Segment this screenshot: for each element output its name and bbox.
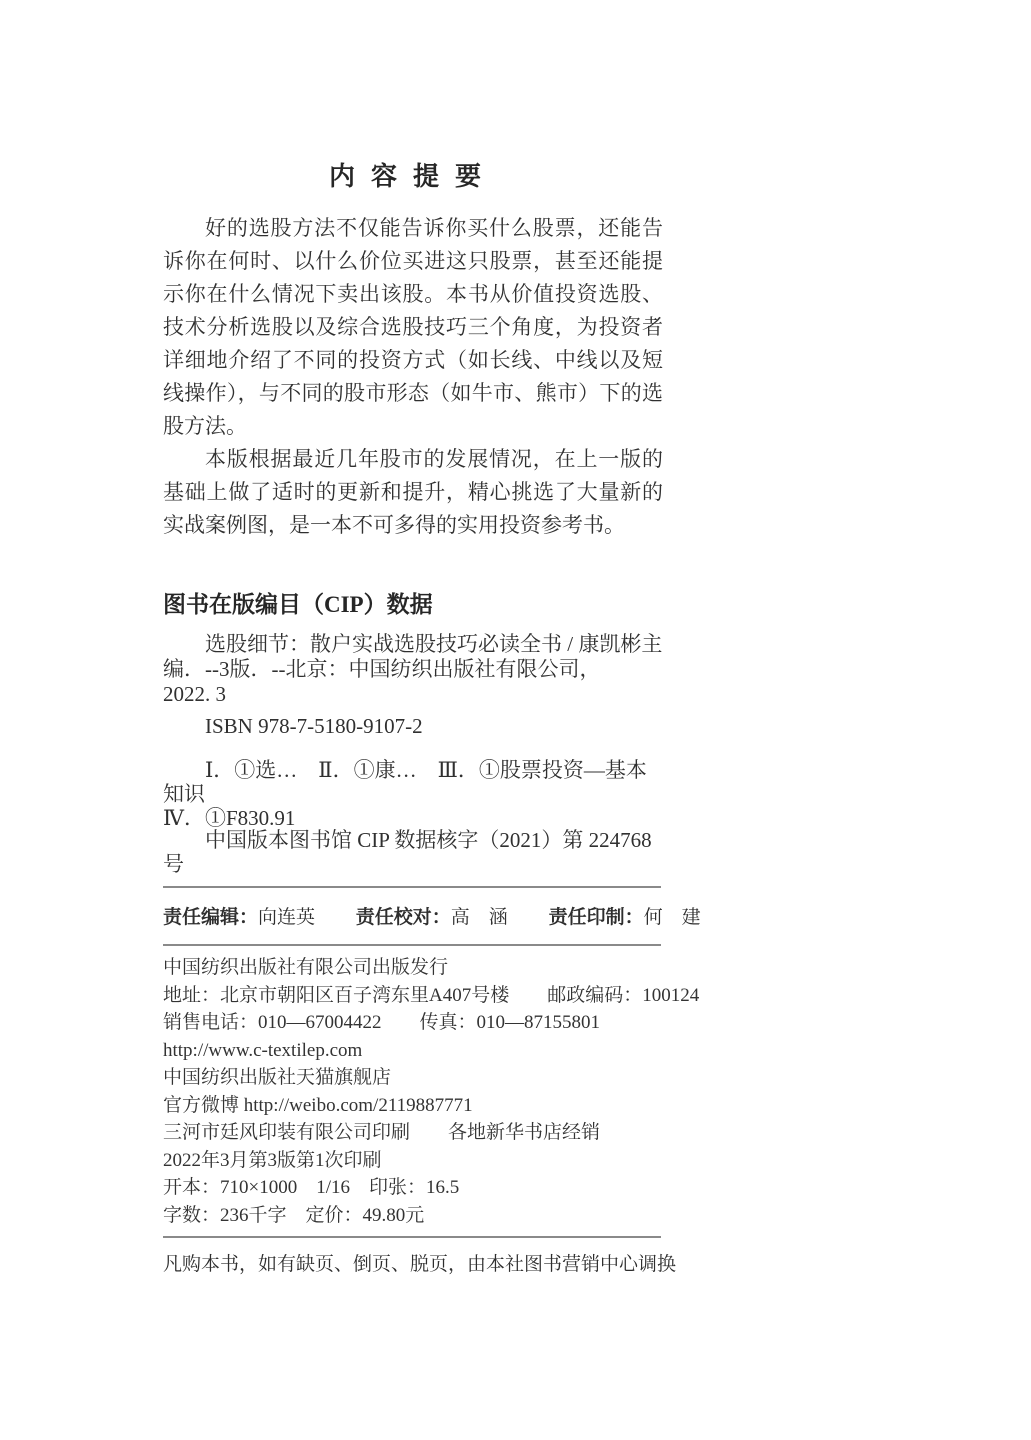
- edition-line: 2022年3月第3版第1次印刷: [163, 1147, 703, 1175]
- cip-line-2: 编．--3版．--北京：中国纺织出版社有限公司，: [163, 657, 663, 682]
- classification-line-2: Ⅳ．①F830.91: [163, 806, 663, 830]
- cip-heading: 图书在版编目（CIP）数据: [163, 586, 663, 619]
- replacement-notice: 凡购本书，如有缺页、倒页、脱页，由本社图书营销中心调换: [163, 1252, 663, 1278]
- weibo-line: 官方微博 http://weibo.com/2119887771: [163, 1092, 703, 1120]
- copyright-page: 内容提要 好的选股方法不仅能告诉你买什么股票，还能告诉你在何时、以什么价位买进这…: [0, 0, 1031, 1440]
- staff-printer-name: 何 建: [644, 907, 701, 928]
- staff-editor-name: 向连英: [258, 907, 315, 928]
- cip-classification: Ⅰ．①选… Ⅱ．①康… Ⅲ．①股票投资—基本知识 Ⅳ．①F830.91: [163, 758, 663, 830]
- content-summary-body: 好的选股方法不仅能告诉你买什么股票，还能告诉你在何时、以什么价位买进这只股票，甚…: [163, 212, 663, 542]
- address-line: 地址：北京市朝阳区百子湾东里A407号楼 邮政编码：100124: [163, 982, 703, 1010]
- website-line: http://www.c-textilep.com: [163, 1037, 703, 1065]
- content-summary-title: 内容提要: [163, 156, 663, 193]
- phone-line: 销售电话：010—67004422 传真：010—87155801: [163, 1009, 703, 1037]
- publisher-line: 中国纺织出版社有限公司出版发行: [163, 954, 703, 982]
- staff-proofreader: 责任校对：高 涵: [356, 906, 508, 930]
- cip-registry-number: 中国版本图书馆 CIP 数据核字（2021）第 224768 号: [163, 828, 663, 876]
- staff-proofreader-label: 责任校对：: [356, 907, 451, 928]
- tmall-store-line: 中国纺织出版社天猫旗舰店: [163, 1064, 703, 1092]
- staff-proofreader-name: 高 涵: [451, 907, 508, 928]
- divider-bottom: [163, 1236, 661, 1238]
- staff-credits: 责任编辑：向连英 责任校对：高 涵 责任印制：何 建: [163, 906, 663, 930]
- isbn-line: ISBN 978-7-5180-9107-2: [163, 714, 663, 739]
- staff-printer: 责任印制：何 建: [549, 906, 701, 930]
- cip-line-1: 选股细节：散户实战选股技巧必读全书 / 康凯彬主: [163, 632, 663, 657]
- cip-record: 选股细节：散户实战选股技巧必读全书 / 康凯彬主 编．--3版．--北京：中国纺…: [163, 632, 663, 739]
- staff-editor-label: 责任编辑：: [163, 907, 258, 928]
- printing-company-line: 三河市廷风印装有限公司印刷 各地新华书店经销: [163, 1119, 703, 1147]
- price-line: 字数：236千字 定价：49.80元: [163, 1202, 703, 1230]
- classification-line-1: Ⅰ．①选… Ⅱ．①康… Ⅲ．①股票投资—基本知识: [163, 758, 663, 806]
- format-line: 开本：710×1000 1/16 印张：16.5: [163, 1174, 703, 1202]
- cip-line-3: 2022. 3: [163, 682, 663, 707]
- publication-info: 中国纺织出版社有限公司出版发行 地址：北京市朝阳区百子湾东里A407号楼 邮政编…: [163, 954, 703, 1229]
- staff-printer-label: 责任印制：: [549, 907, 644, 928]
- divider-middle: [163, 944, 661, 946]
- staff-editor: 责任编辑：向连英: [163, 906, 315, 930]
- summary-paragraph-1: 好的选股方法不仅能告诉你买什么股票，还能告诉你在何时、以什么价位买进这只股票，甚…: [163, 212, 663, 443]
- divider-top: [163, 886, 661, 888]
- summary-paragraph-2: 本版根据最近几年股市的发展情况，在上一版的基础上做了适时的更新和提升，精心挑选了…: [163, 443, 663, 542]
